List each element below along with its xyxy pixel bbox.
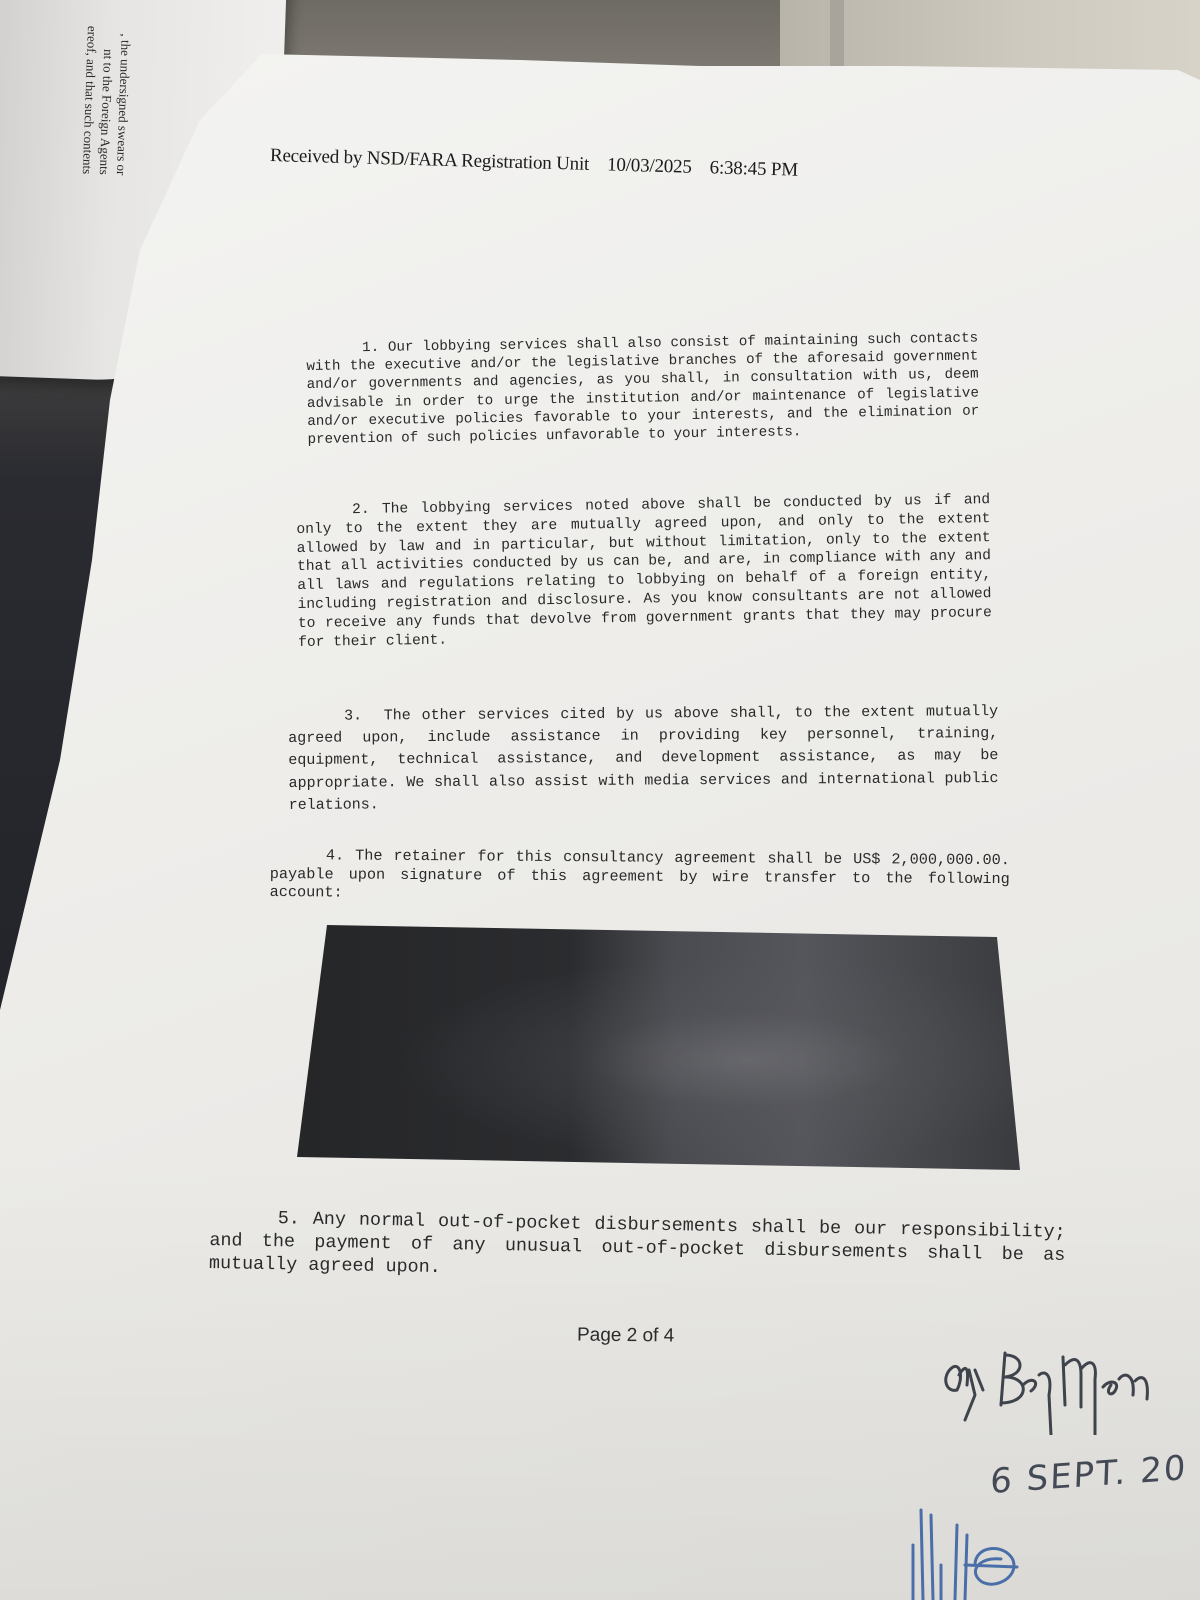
paragraph-text: The retainer for this consultancy agreem… xyxy=(270,847,1010,902)
paragraph-text: The other services cited by us above sha… xyxy=(288,703,998,814)
redacted-account-block xyxy=(297,925,1020,1170)
back-page-text: , the undersigned swears or nt to the Fo… xyxy=(79,0,137,176)
paragraph-text: Any normal out-of-pocket disbursements s… xyxy=(209,1209,1066,1278)
paragraph-number: 2. xyxy=(352,502,370,518)
handwritten-signature xyxy=(935,1335,1200,1435)
paragraph-text: The lobbying services noted above shall … xyxy=(296,492,992,650)
paragraph-number: 3. xyxy=(344,707,362,724)
paragraph-text: Our lobbying services shall also consist… xyxy=(306,330,979,448)
page-number: Page 2 of 4 xyxy=(577,1324,674,1347)
paragraph-2: 2. The lobbying services noted above sha… xyxy=(296,491,992,652)
document-page: Received by NSD/FARA Registration Unit10… xyxy=(0,0,1200,1600)
fara-received-stamp: Received by NSD/FARA Registration Unit10… xyxy=(270,145,799,182)
handwritten-initials xyxy=(905,1505,1045,1600)
paragraph-4: 4. The retainer for this consultancy agr… xyxy=(270,846,1010,907)
paragraph-number: 4. xyxy=(326,846,344,864)
paragraph-number: 1. xyxy=(362,340,379,356)
stamp-date: 10/03/2025 xyxy=(607,154,692,177)
paragraph-1: 1. Our lobbying services shall also cons… xyxy=(306,329,980,449)
paragraph-number: 5. xyxy=(278,1208,300,1229)
paragraph-3: 3. The other services cited by us above … xyxy=(288,701,999,817)
stamp-label: Received by NSD/FARA Registration Unit xyxy=(270,145,590,175)
stamp-time: 6:38:45 PM xyxy=(709,157,798,180)
